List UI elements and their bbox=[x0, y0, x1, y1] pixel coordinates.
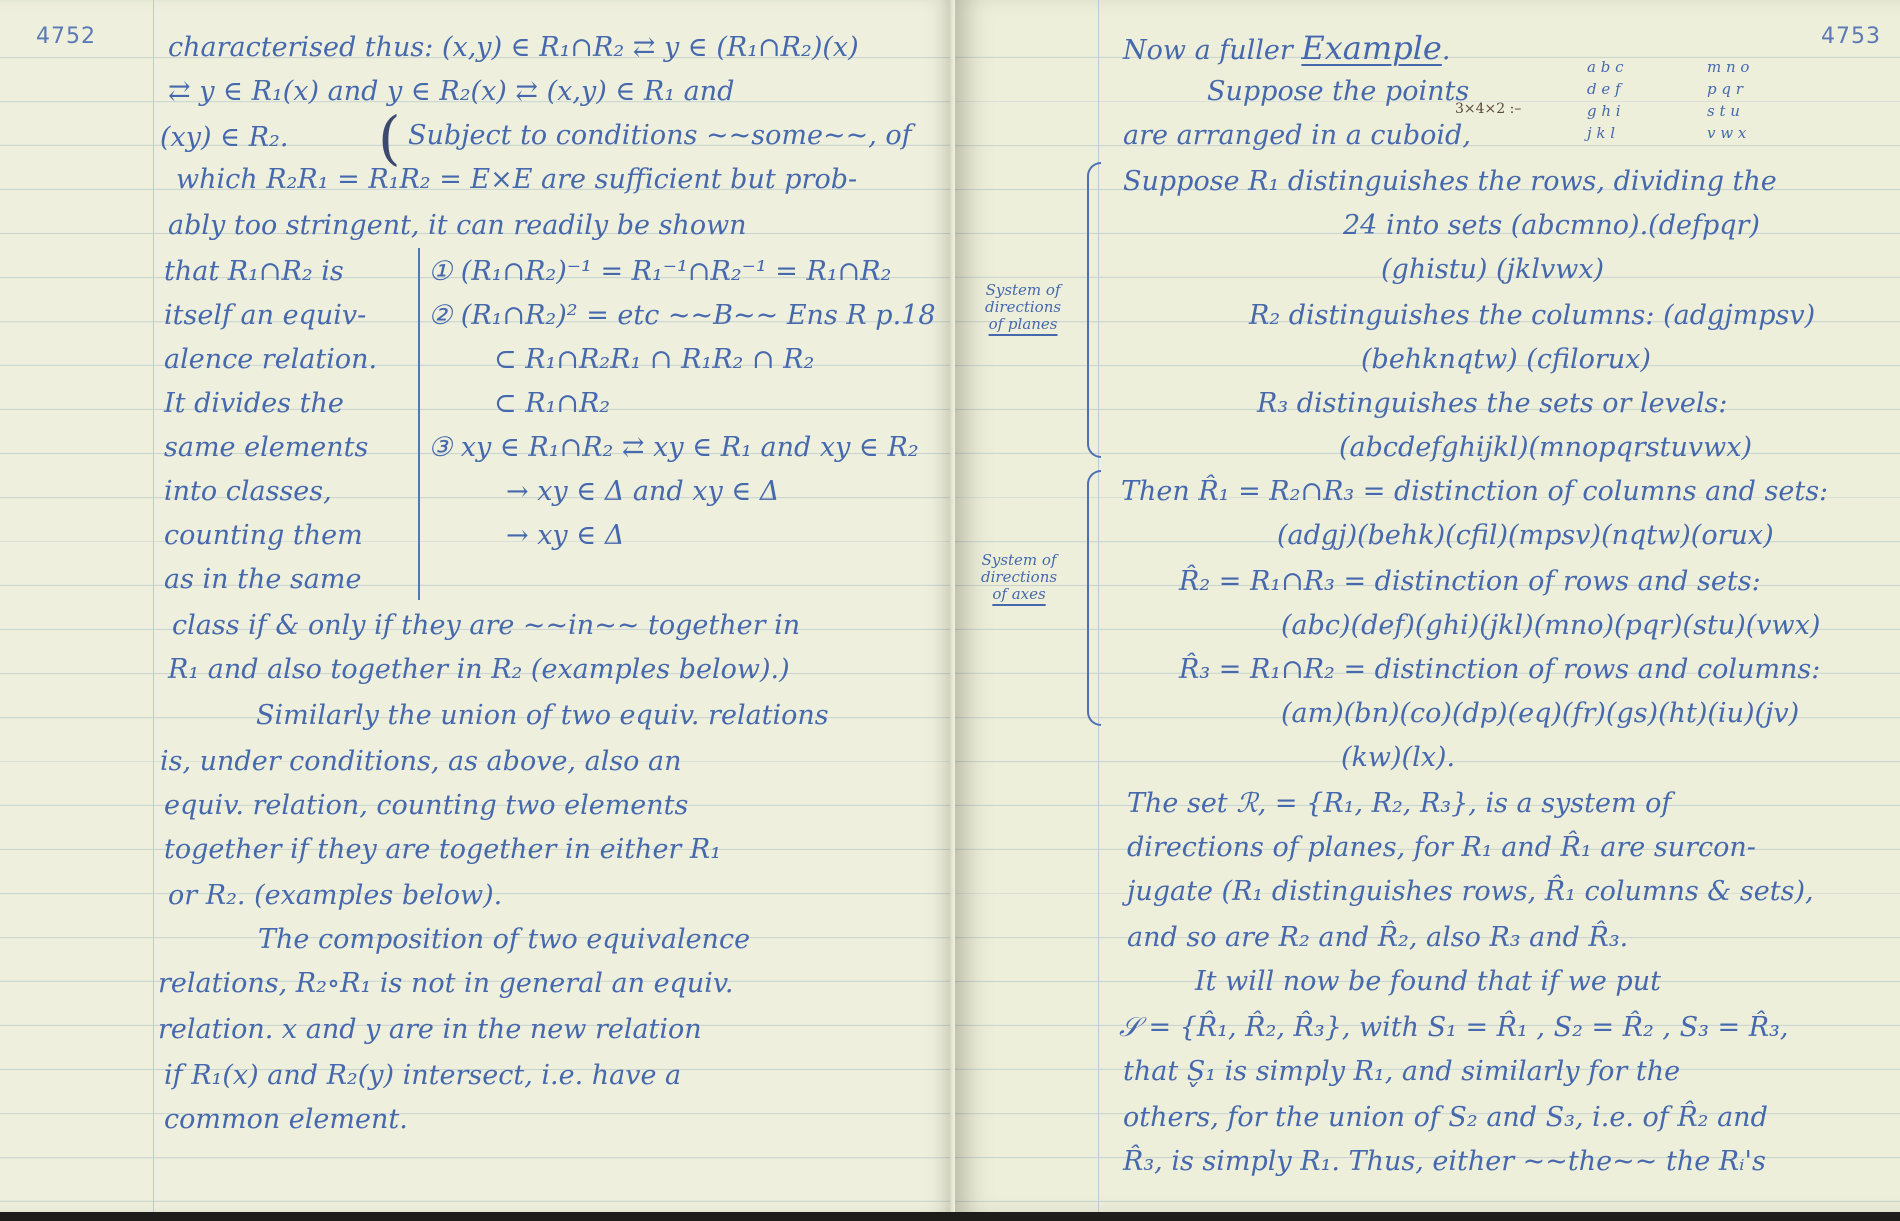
axes-line: (am)(bn)(co)(dp)(eq)(fr)(gs)(ht)(iu)(jv) bbox=[1281, 692, 1799, 736]
cuboid-row: p q r bbox=[1707, 78, 1749, 100]
composition-paragraph-line: if R₁(x) and R₂(y) intersect, i.e. have … bbox=[164, 1054, 681, 1098]
proof-line: ② (R₁∩R₂)² = etc ~~B~~ Ens R p.18 bbox=[428, 294, 936, 338]
cuboid-row: v w x bbox=[1707, 122, 1749, 144]
side-column-line: same elements bbox=[164, 426, 368, 470]
margin-note-line: System of bbox=[985, 282, 1061, 299]
cuboid-row: m n o bbox=[1707, 56, 1749, 78]
planes-line: (ghistu) (jklvwx) bbox=[1381, 248, 1604, 292]
composition-paragraph-line: relations, R₂∘R₁ is not in general an eq… bbox=[158, 962, 734, 1006]
proof-line: ⊂ R₁∩R₂R₁ ∩ R₁R₂ ∩ R₂ bbox=[494, 338, 814, 382]
proof-line: ⊂ R₁∩R₂ bbox=[494, 382, 610, 426]
text-line: (xy) ∈ R₂. bbox=[160, 116, 288, 160]
closing-line: that S̬₁ is simply R₁, and similarly for… bbox=[1123, 1050, 1680, 1094]
margin-note-planes: System of directions of planes bbox=[985, 282, 1061, 333]
planes-line: (behknqtw) (cfilorux) bbox=[1361, 338, 1651, 382]
text-line: which R₂R₁ = R₁R₂ = E×E are sufficient b… bbox=[176, 158, 857, 202]
union-paragraph-line: Similarly the union of two equiv. relati… bbox=[256, 694, 829, 738]
proof-line: ① (R₁∩R₂)⁻¹ = R₁⁻¹∩R₂⁻¹ = R₁∩R₂ bbox=[428, 250, 891, 294]
planes-line: R₃ distinguishes the sets or levels: bbox=[1257, 382, 1727, 426]
closing-line: It will now be found that if we put bbox=[1195, 960, 1661, 1004]
closing-line: 𝒮 = {R̂₁, R̂₂, R̂₃}, with S₁ = R̂₁ , S₂ … bbox=[1119, 1006, 1788, 1050]
composition-paragraph-line: common element. bbox=[164, 1098, 408, 1142]
union-paragraph-line: together if they are together in either … bbox=[164, 828, 721, 872]
union-paragraph-line: is, under conditions, as above, also an bbox=[160, 740, 682, 784]
closing-line: and so are R₂ and R̂₂, also R₃ and R̂₃. bbox=[1127, 916, 1628, 960]
column-divider bbox=[418, 248, 420, 600]
text-line: Subject to conditions ~~some~~, of bbox=[408, 114, 912, 158]
axes-line: Then R̂₁ = R₂∩R₃ = distinction of column… bbox=[1121, 470, 1828, 514]
axes-line: (adgj)(behk)(cfil)(mpsv)(nqtw)(orux) bbox=[1277, 514, 1774, 558]
cuboid-right-block: m n o p q r s t u v w x bbox=[1707, 56, 1749, 144]
composition-paragraph-line: The composition of two equivalence bbox=[258, 918, 750, 962]
brace-planes bbox=[1087, 162, 1101, 458]
union-paragraph-line: or R₂. (examples below). bbox=[168, 874, 502, 918]
cuboid-left-block: a b c d e f g h i j k l bbox=[1587, 56, 1623, 144]
cuboid-row: d e f bbox=[1587, 78, 1623, 100]
intro-line: Suppose the points bbox=[1207, 70, 1469, 114]
page-number-right: 4753 bbox=[1821, 24, 1881, 49]
text-line: class if & only if they are ~~in~~ toget… bbox=[172, 604, 800, 648]
union-paragraph-line: equiv. relation, counting two elements bbox=[164, 784, 688, 828]
proof-line: → xy ∈ Δ and xy ∈ Δ bbox=[506, 470, 779, 514]
heading-prefix: Now a fuller bbox=[1123, 35, 1301, 66]
side-column-line: itself an equiv- bbox=[164, 294, 366, 338]
margin-note-line: System of bbox=[981, 552, 1057, 569]
margin-note-axes: System of directions of axes bbox=[981, 552, 1057, 603]
margin-note-line: directions bbox=[981, 569, 1057, 586]
side-column-line: counting them bbox=[164, 514, 363, 558]
intro-line: are arranged in a cuboid, bbox=[1123, 114, 1471, 158]
closing-line: jugate (R₁ distinguishes rows, R̂₁ colum… bbox=[1127, 870, 1814, 914]
right-page: 4753 Now a fuller Example. Suppose the p… bbox=[955, 0, 1900, 1212]
proof-line: → xy ∈ Δ bbox=[506, 514, 624, 558]
cuboid-row: s t u bbox=[1707, 100, 1749, 122]
side-column-line: alence relation. bbox=[164, 338, 377, 382]
heading: Now a fuller Example. bbox=[1123, 26, 1450, 73]
left-page: 4752 characterised thus: (x,y) ∈ R₁∩R₂ ⇄… bbox=[0, 0, 955, 1212]
closing-line: R̂₃, is simply R₁. Thus, either ~~the~~ … bbox=[1123, 1140, 1766, 1184]
margin-note-line: of axes bbox=[981, 586, 1057, 603]
left-margin-line bbox=[153, 0, 154, 1212]
cuboid-row: g h i bbox=[1587, 100, 1623, 122]
planes-line: Suppose R₁ distinguishes the rows, divid… bbox=[1123, 160, 1777, 204]
closing-line: The set ℛ, = {R₁, R₂, R₃}, is a system o… bbox=[1127, 782, 1671, 826]
planes-line: (abcdefghijkl)(mnopqrstuvwx) bbox=[1339, 426, 1752, 470]
text-line: ably too stringent, it can readily be sh… bbox=[168, 204, 747, 248]
planes-line: R₂ distinguishes the columns: (adgjmpsv) bbox=[1249, 294, 1815, 338]
page-number-left: 4752 bbox=[36, 24, 96, 49]
proof-line: ③ xy ∈ R₁∩R₂ ⇄ xy ∈ R₁ and xy ∈ R₂ bbox=[428, 426, 919, 470]
text-line: R₁ and also together in R₂ (examples bel… bbox=[168, 648, 790, 692]
notebook-bottom-edge bbox=[0, 1212, 1900, 1221]
composition-paragraph-line: relation. x and y are in the new relatio… bbox=[158, 1008, 702, 1052]
axes-line: R̂₃ = R₁∩R₂ = distinction of rows and co… bbox=[1179, 648, 1820, 692]
axes-line: R̂₂ = R₁∩R₃ = distinction of rows and se… bbox=[1179, 560, 1761, 604]
notebook-spread: 4752 characterised thus: (x,y) ∈ R₁∩R₂ ⇄… bbox=[0, 0, 1900, 1214]
side-column-line: It divides the bbox=[164, 382, 344, 426]
closing-line: directions of planes, for R₁ and R̂₁ are… bbox=[1127, 826, 1756, 870]
brace-axes bbox=[1087, 470, 1101, 726]
cuboid-row: a b c bbox=[1587, 56, 1623, 78]
heading-keyword: Example bbox=[1301, 29, 1441, 67]
cuboid-row: j k l bbox=[1587, 122, 1623, 144]
margin-note-line: directions bbox=[985, 299, 1061, 316]
side-column-line: into classes, bbox=[164, 470, 332, 514]
heading-suffix: . bbox=[1442, 35, 1451, 66]
text-line: ⇄ y ∈ R₁(x) and y ∈ R₂(x) ⇄ (x,y) ∈ R₁ a… bbox=[168, 70, 734, 114]
side-column-line: as in the same bbox=[164, 558, 361, 602]
planes-line: 24 into sets (abcmno).(defpqr) bbox=[1343, 204, 1760, 248]
margin-note-line: of planes bbox=[985, 316, 1061, 333]
axes-line: (abc)(def)(ghi)(jkl)(mno)(pqr)(stu)(vwx) bbox=[1281, 604, 1820, 648]
closing-line: others, for the union of S₂ and S₃, i.e.… bbox=[1123, 1096, 1768, 1140]
axes-line: (kw)(lx). bbox=[1341, 736, 1455, 780]
side-column-line: that R₁∩R₂ is bbox=[164, 250, 344, 294]
text-line: characterised thus: (x,y) ∈ R₁∩R₂ ⇄ y ∈ … bbox=[168, 26, 859, 70]
